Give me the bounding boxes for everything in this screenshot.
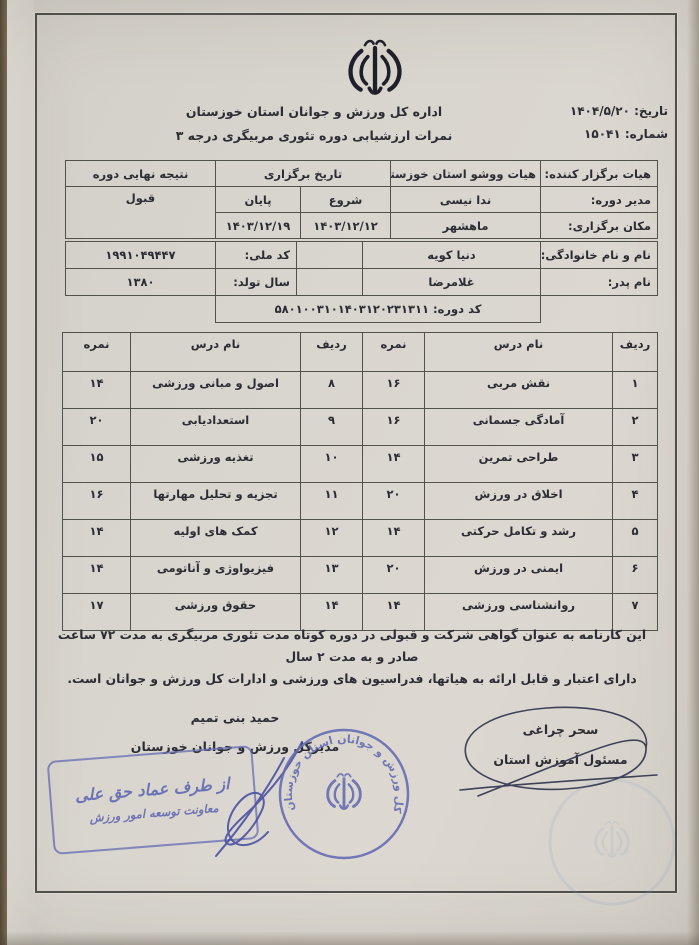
col-header-score: نمره xyxy=(63,333,131,372)
doc-number: شماره: ۱۵۰۴۱ xyxy=(520,127,668,141)
grades-row: ۱ نقش مربی ۱۶ ۸ اصول و مبانی ورزشی ۱۴ xyxy=(63,372,658,409)
iran-emblem-icon xyxy=(328,774,361,809)
org-title: اداره کل ورزش و جوانان استان خوزستان xyxy=(148,104,480,119)
grades-row: ۶ ایمنی در ورزش ۲۰ ۱۳ فیزیواوژی و آناتوم… xyxy=(63,557,658,594)
official-round-stamp: اداره کل ورزش و جوانان استان خوزستان xyxy=(274,724,414,864)
course-name-cell: اخلاق در ورزش xyxy=(425,483,613,520)
score-cell: ۱۶ xyxy=(63,483,131,520)
final-result-header: نتیجه نهایی دوره xyxy=(66,161,216,187)
course-name-cell: اصول و مبانی ورزشی xyxy=(131,372,301,409)
row-number-cell: ۱۰ xyxy=(301,446,363,483)
course-name-cell: رشد و تکامل حرکتی xyxy=(425,520,613,557)
grades-header-row: ردیف نام درس نمره ردیف نام درس نمره xyxy=(63,333,658,372)
score-cell: ۲۰ xyxy=(63,409,131,446)
row-number-cell: ۱۳ xyxy=(301,557,363,594)
director-label: مدیر دوره: xyxy=(541,187,658,213)
doc-title: نمرات ارزشیابی دوره تئوری مربیگری درجه ۳ xyxy=(148,128,480,143)
empty-cell xyxy=(297,242,363,269)
row-number-cell: ۱ xyxy=(613,372,658,409)
organizer-value: هیات ووشو استان خوزستان xyxy=(391,161,541,187)
trainee-info-table: نام و نام خانوادگی: دنیا کویه کد ملی: ۱۹… xyxy=(65,241,658,323)
organizer-label: هیات برگزار کننده: xyxy=(541,161,658,187)
name-label: نام و نام خانوادگی: xyxy=(541,242,658,269)
course-name-cell: طراحی تمرین xyxy=(425,446,613,483)
score-cell: ۲۰ xyxy=(363,483,425,520)
grades-row: ۳ طراحی تمرین ۱۴ ۱۰ تغذیه ورزشی ۱۵ xyxy=(63,446,658,483)
col-header-course: نام درس xyxy=(131,333,301,372)
row-number-cell: ۸ xyxy=(301,372,363,409)
national-id-value: ۱۹۹۱۰۴۹۴۴۷ xyxy=(66,242,216,269)
note-line-1: این کارنامه به عنوان گواهی شرکت و قبولی … xyxy=(45,624,659,668)
empty-cell xyxy=(66,296,216,323)
note-line-2: دارای اعتبار و قابل ارائه به هیاتها، فدر… xyxy=(45,668,659,690)
certificate-note: این کارنامه به عنوان گواهی شرکت و قبولی … xyxy=(45,624,659,690)
course-name-cell: کمک های اولیه xyxy=(131,520,301,557)
start-label: شروع xyxy=(301,187,391,213)
scanned-certificate-photo: تاریخ: ۱۴۰۴/۵/۲۰ شماره: ۱۵۰۴۱ اداره کل و… xyxy=(0,0,699,945)
score-cell: ۲۰ xyxy=(363,557,425,594)
father-value: غلامرضا xyxy=(363,269,541,296)
course-name-cell: استعدادیابی xyxy=(131,409,301,446)
end-date: ۱۴۰۳/۱۲/۱۹ xyxy=(216,213,301,239)
table-row: هیات برگزار کننده: هیات ووشو استان خوزست… xyxy=(66,161,658,187)
start-date: ۱۴۰۳/۱۲/۱۲ xyxy=(301,213,391,239)
final-result-value: قبول xyxy=(66,187,216,239)
header-meta: تاریخ: ۱۴۰۴/۵/۲۰ شماره: ۱۵۰۴۱ xyxy=(520,104,668,150)
score-cell: ۱۵ xyxy=(63,446,131,483)
course-name-cell: فیزیواوژی و آناتومی xyxy=(131,557,301,594)
course-info-table: هیات برگزار کننده: هیات ووشو استان خوزست… xyxy=(65,160,658,239)
score-cell: ۱۴ xyxy=(363,446,425,483)
col-header-score: نمره xyxy=(363,333,425,372)
score-cell: ۱۶ xyxy=(363,372,425,409)
course-name-cell: نقش مربی xyxy=(425,372,613,409)
row-number-cell: ۵ xyxy=(613,520,658,557)
table-row: نام پدر: غلامرضا سال تولد: ۱۳۸۰ xyxy=(66,269,658,296)
end-label: پایان xyxy=(216,187,301,213)
score-cell: ۱۶ xyxy=(363,409,425,446)
score-cell: ۱۴ xyxy=(63,520,131,557)
table-row: مدیر دوره: ندا نیسی شروع پایان قبول xyxy=(66,187,658,213)
director-value: ندا نیسی xyxy=(391,187,541,213)
paper-left-margin xyxy=(7,0,34,945)
national-id-label: کد ملی: xyxy=(216,242,297,269)
iran-emblem-icon xyxy=(332,38,418,104)
row-number-cell: ۱۱ xyxy=(301,483,363,520)
svg-text:اداره کل ورزش و جوانان استان خ: اداره کل ورزش و جوانان استان خوزستان xyxy=(274,724,406,815)
col-header-row: ردیف xyxy=(301,333,363,372)
location-value: ماهشهر xyxy=(391,213,541,239)
row-number-cell: ۳ xyxy=(613,446,658,483)
photo-bottom-shadow xyxy=(0,931,699,945)
round-stamp-text: اداره کل ورزش و جوانان استان خوزستان xyxy=(274,724,406,815)
grades-table: ردیف نام درس نمره ردیف نام درس نمره ۱ نق… xyxy=(62,332,658,631)
signer-name: حمید بنی تمیم xyxy=(110,710,360,725)
location-label: مکان برگزاری: xyxy=(541,213,658,239)
birth-year-value: ۱۳۸۰ xyxy=(66,269,216,296)
row-number-cell: ۶ xyxy=(613,557,658,594)
course-name-cell: ایمنی در ورزش xyxy=(425,557,613,594)
score-cell: ۱۴ xyxy=(63,372,131,409)
photo-right-shadow xyxy=(687,0,699,945)
score-cell: ۱۴ xyxy=(63,557,131,594)
course-name-cell: تغذیه ورزشی xyxy=(131,446,301,483)
empty-cell xyxy=(297,269,363,296)
course-code: کد دوره: ۵۸۰۱۰۰۳۱۰۱۴۰۳۱۲۰۲۳۱۳۱۱ xyxy=(216,296,541,323)
doc-date: تاریخ: ۱۴۰۴/۵/۲۰ xyxy=(520,104,668,118)
grades-row: ۲ آمادگی جسمانی ۱۶ ۹ استعدادیابی ۲۰ xyxy=(63,409,658,446)
col-header-course: نام درس xyxy=(425,333,613,372)
header-titles: اداره کل ورزش و جوانان استان خوزستان نمر… xyxy=(148,104,480,152)
father-label: نام پدر: xyxy=(541,269,658,296)
row-number-cell: ۴ xyxy=(613,483,658,520)
birth-year-label: سال تولد: xyxy=(216,269,297,296)
table-row: کد دوره: ۵۸۰۱۰۰۳۱۰۱۴۰۳۱۲۰۲۳۱۳۱۱ xyxy=(66,296,658,323)
empty-cell xyxy=(541,296,658,323)
course-name-cell: آمادگی جسمانی xyxy=(425,409,613,446)
faint-embossed-stamp xyxy=(542,772,682,912)
score-cell: ۱۴ xyxy=(363,520,425,557)
photo-left-edge xyxy=(0,0,7,945)
grades-row: ۵ رشد و تکامل حرکتی ۱۴ ۱۲ کمک های اولیه … xyxy=(63,520,658,557)
name-value: دنیا کویه xyxy=(363,242,541,269)
date-held-header: تاریخ برگزاری xyxy=(216,161,391,187)
col-header-row: ردیف xyxy=(613,333,658,372)
course-name-cell: تجزیه و تحلیل مهارتها xyxy=(131,483,301,520)
table-row: نام و نام خانوادگی: دنیا کویه کد ملی: ۱۹… xyxy=(66,242,658,269)
grades-row: ۴ اخلاق در ورزش ۲۰ ۱۱ تجزیه و تحلیل مهار… xyxy=(63,483,658,520)
row-number-cell: ۱۲ xyxy=(301,520,363,557)
row-number-cell: ۲ xyxy=(613,409,658,446)
row-number-cell: ۹ xyxy=(301,409,363,446)
